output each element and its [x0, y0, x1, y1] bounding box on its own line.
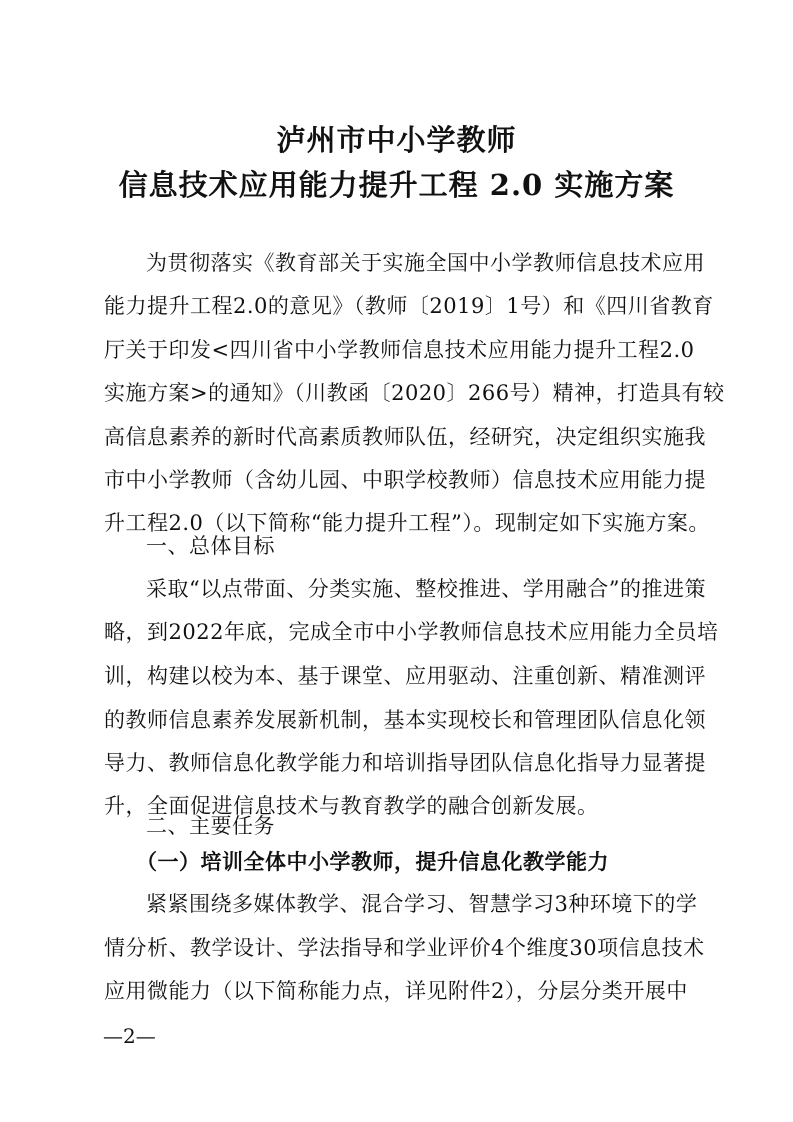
page-number: —2— — [103, 1022, 156, 1050]
intro-paragraph-line: 能力提升工程2.0的意见》（教师〔2019〕1号）和《四川省教育 — [104, 292, 694, 320]
section-1-line: 采取“以点带面、分类实施、整校推进、学用融合”的推进策 — [146, 575, 736, 603]
document-title-line-1: 泸州市中小学教师 — [0, 122, 793, 158]
document-title-line-2: 信息技术应用能力提升工程 2.0 实施方案 — [0, 167, 793, 203]
section-2-heading: 二、主要任务 — [146, 812, 736, 840]
section-1-heading: 一、总体目标 — [146, 532, 736, 560]
section-2-line: 紧紧围绕多媒体教学、混合学习、智慧学习3种环境下的学 — [146, 890, 736, 918]
section-2-subheading: （一）培训全体中小学教师，提升信息化教学能力 — [136, 848, 726, 876]
document-page: 泸州市中小学教师 信息技术应用能力提升工程 2.0 实施方案 为贯彻落实《教育部… — [0, 0, 793, 1122]
section-1-line: 导力、教师信息化教学能力和培训指导团队信息化指导力显著提 — [104, 749, 694, 777]
intro-paragraph-line: 为贯彻落实《教育部关于实施全国中小学教师信息技术应用 — [146, 249, 736, 277]
section-2-line: 应用微能力（以下简称能力点，详见附件2），分层分类开展中 — [104, 977, 694, 1005]
section-1-line: 的教师信息素养发展新机制，基本实现校长和管理团队信息化领 — [104, 706, 694, 734]
intro-paragraph-line: 市中小学教师（含幼儿园、中职学校教师）信息技术应用能力提 — [104, 466, 694, 494]
intro-paragraph-line: 高信息素养的新时代高素质教师队伍，经研究，决定组织实施我 — [104, 423, 694, 451]
section-2-line: 情分析、教学设计、学法指导和学业评价4个维度30项信息技术 — [104, 934, 694, 962]
section-1-line: 略，到2022年底，完成全市中小学教师信息技术应用能力全员培 — [104, 618, 694, 646]
intro-paragraph-line: 厅关于印发<四川省中小学教师信息技术应用能力提升工程2.0 — [104, 336, 694, 364]
section-1-line: 训，构建以校为本、基于课堂、应用驱动、注重创新、精准测评 — [104, 662, 694, 690]
intro-paragraph-line: 实施方案>的通知》（川教函〔2020〕266号）精神，打造具有较 — [104, 379, 694, 407]
